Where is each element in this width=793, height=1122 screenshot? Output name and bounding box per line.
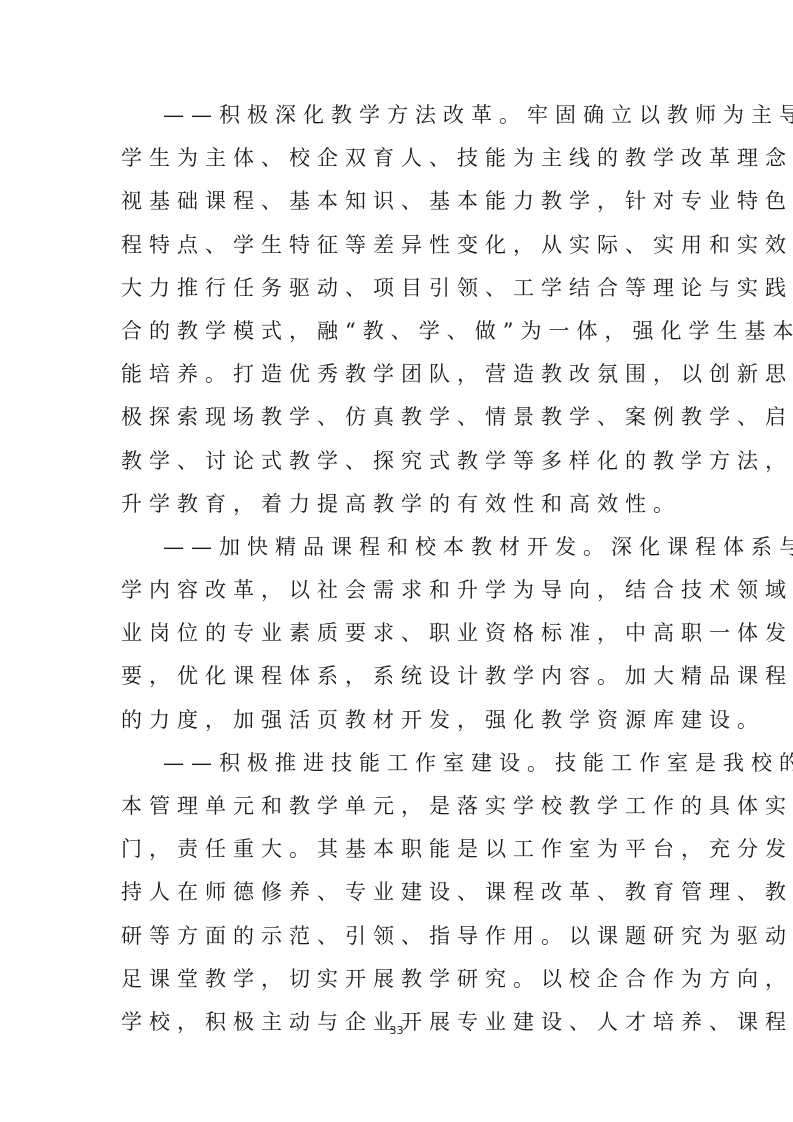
paragraph-2-line: 学内容改革，以社会需求和升学为导向，结合技术领域和职 <box>121 569 685 612</box>
paragraph-1-line: 教学、讨论式教学、探究式教学等多样化的教学方法，研究 <box>121 440 685 483</box>
paragraph-3-line: 学校，积极主动与企业开展专业建设、人才培养、课程设置 <box>121 1001 685 1044</box>
body-text: ——积极深化教学方法改革。牢固确立以教师为主导、 学生为主体、校企双育人、技能为… <box>121 94 685 1044</box>
paragraph-2-line: 要，优化课程体系，系统设计教学内容。加大精品课程建设 <box>121 655 685 698</box>
paragraph-1-line: 程特点、学生特征等差异性变化，从实际、实用和实效出发， <box>121 224 685 267</box>
paragraph-3-heading-line: ——积极推进技能工作室建设。技能工作室是我校的基 <box>121 742 685 785</box>
paragraph-1-line: 极探索现场教学、仿真教学、情景教学、案例教学、启发式 <box>121 396 685 439</box>
paragraph-1-line: 能培养。打造优秀教学团队，营造教改氛围，以创新思维积 <box>121 353 685 396</box>
paragraph-1-line: 升学教育，着力提高教学的有效性和高效性。 <box>121 483 685 526</box>
paragraph-2-line: 业岗位的专业素质要求、职业资格标准，中高职一体发展需 <box>121 612 685 655</box>
paragraph-1-line: 大力推行任务驱动、项目引领、工学结合等理论与实践相结 <box>121 267 685 310</box>
paragraph-1-line: 合的教学模式，融“教、学、做”为一体，强化学生基本技 <box>121 310 685 353</box>
paragraph-1-line: 视基础课程、基本知识、基本能力教学，针对专业特色、课 <box>121 180 685 223</box>
paragraph-1-line: 学生为主体、校企双育人、技能为主线的教学改革理念，重 <box>121 137 685 180</box>
paragraph-3-line: 足课堂教学，切实开展教学研究。以校企合作为方向，立足 <box>121 958 685 1001</box>
page-number: 33 <box>0 1024 793 1037</box>
paragraph-3-line: 持人在师德修养、专业建设、课程改革、教育管理、教育科 <box>121 871 685 914</box>
paragraph-1-heading-line: ——积极深化教学方法改革。牢固确立以教师为主导、 <box>121 94 685 137</box>
paragraph-3-line: 本管理单元和教学单元，是落实学校教学工作的具体实施部 <box>121 785 685 828</box>
paragraph-2-line: 的力度，加强活页教材开发，强化教学资源库建设。 <box>121 699 685 742</box>
document-page: ——积极深化教学方法改革。牢固确立以教师为主导、 学生为主体、校企双育人、技能为… <box>0 0 793 1122</box>
paragraph-2-heading-line: ——加快精品课程和校本教材开发。深化课程体系与教 <box>121 526 685 569</box>
paragraph-3-line: 研等方面的示范、引领、指导作用。以课题研究为驱动，立 <box>121 915 685 958</box>
paragraph-3-line: 门，责任重大。其基本职能是以工作室为平台，充分发挥主 <box>121 828 685 871</box>
